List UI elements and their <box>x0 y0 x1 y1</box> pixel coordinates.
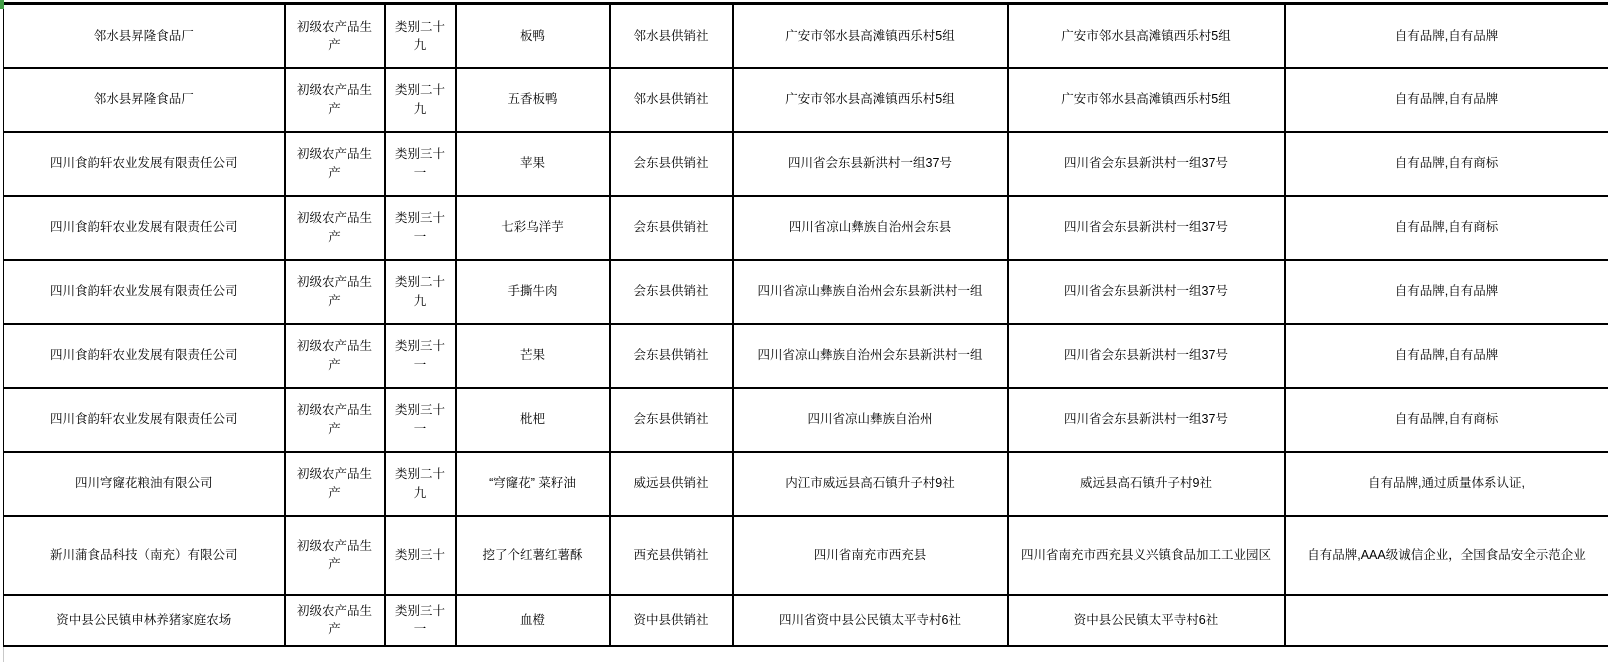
cell-brands[interactable]: 自有品牌,自有商标 <box>1285 196 1608 260</box>
cell-cooperative[interactable]: 会东县供销社 <box>610 324 733 388</box>
cell-address2[interactable]: 威远县高石镇升子村9社 <box>1008 452 1285 516</box>
cell-production-type[interactable]: 初级农产品生产 <box>285 68 385 132</box>
cell-address1[interactable]: 四川省凉山彝族自治州会东县 <box>733 196 1008 260</box>
cell-production-type[interactable]: 初级农产品生产 <box>285 452 385 516</box>
cell-company[interactable]: 邻水县昇隆食品厂 <box>4 4 285 68</box>
table-row: 四川食韵轩农业发展有限责任公司 初级农产品生产 类别三十一 苹果 会东县供销社 … <box>4 132 1608 196</box>
cell-production-type[interactable]: 初级农产品生产 <box>285 388 385 452</box>
cell-production-type[interactable]: 初级农产品生产 <box>285 260 385 324</box>
cell-product[interactable]: 血橙 <box>456 595 610 646</box>
cell-production-type[interactable]: 初级农产品生产 <box>285 516 385 595</box>
cell-cooperative[interactable]: 邻水县供销社 <box>610 68 733 132</box>
cell-product[interactable]: 五香板鸭 <box>456 68 610 132</box>
cell-production-type[interactable]: 初级农产品生产 <box>285 595 385 646</box>
cell-address2[interactable]: 四川省会东县新洪村一组37号 <box>1008 132 1285 196</box>
cell-company[interactable]: 邻水县昇隆食品厂 <box>4 68 285 132</box>
cell-brands[interactable]: 自有品牌,自有商标 <box>1285 388 1608 452</box>
cell-brands[interactable]: 自有品牌,AAA级诚信企业，全国食品安全示范企业 <box>1285 516 1608 595</box>
cell-address2[interactable]: 四川省会东县新洪村一组37号 <box>1008 388 1285 452</box>
table-row: 四川穹窿花粮油有限公司 初级农产品生产 类别二十九 “穹窿花” 菜籽油 威远县供… <box>4 452 1608 516</box>
spreadsheet-viewport: 邻水县昇隆食品厂 初级农产品生产 类别二十九 板鸭 邻水县供销社 广安市邻水县高… <box>0 0 1608 662</box>
table-row: 四川食韵轩农业发展有限责任公司 初级农产品生产 类别三十一 七彩乌洋芋 会东县供… <box>4 196 1608 260</box>
cell-address2[interactable]: 四川省会东县新洪村一组37号 <box>1008 324 1285 388</box>
cell-cooperative[interactable]: 资中县供销社 <box>610 595 733 646</box>
cell-address2[interactable]: 四川省南充市西充县义兴镇食品加工工业园区 <box>1008 516 1285 595</box>
products-table: 邻水县昇隆食品厂 初级农产品生产 类别二十九 板鸭 邻水县供销社 广安市邻水县高… <box>3 2 1608 647</box>
table-row: 邻水县昇隆食品厂 初级农产品生产 类别二十九 五香板鸭 邻水县供销社 广安市邻水… <box>4 68 1608 132</box>
cell-brands[interactable]: 自有品牌,自有商标 <box>1285 132 1608 196</box>
cell-product[interactable]: 芒果 <box>456 324 610 388</box>
cell-company[interactable]: 资中县公民镇申林养猪家庭农场 <box>4 595 285 646</box>
cell-production-type[interactable]: 初级农产品生产 <box>285 132 385 196</box>
cell-address1[interactable]: 四川省凉山彝族自治州会东县新洪村一组 <box>733 260 1008 324</box>
cell-cooperative[interactable]: 邻水县供销社 <box>610 4 733 68</box>
table-row: 四川食韵轩农业发展有限责任公司 初级农产品生产 类别二十九 手撕牛肉 会东县供销… <box>4 260 1608 324</box>
cell-company[interactable]: 四川食韵轩农业发展有限责任公司 <box>4 260 285 324</box>
cell-company[interactable]: 四川食韵轩农业发展有限责任公司 <box>4 388 285 452</box>
cell-product[interactable]: 枇杷 <box>456 388 610 452</box>
cell-cooperative[interactable]: 西充县供销社 <box>610 516 733 595</box>
cell-category[interactable]: 类别三十一 <box>385 196 456 260</box>
cell-category[interactable]: 类别二十九 <box>385 452 456 516</box>
cell-product[interactable]: 挖了个红薯红薯酥 <box>456 516 610 595</box>
cell-category[interactable]: 类别二十九 <box>385 68 456 132</box>
cell-category[interactable]: 类别三十一 <box>385 388 456 452</box>
cell-address1[interactable]: 内江市威远县高石镇升子村9社 <box>733 452 1008 516</box>
cell-address2[interactable]: 四川省会东县新洪村一组37号 <box>1008 196 1285 260</box>
cell-cooperative[interactable]: 威远县供销社 <box>610 452 733 516</box>
table-row: 邻水县昇隆食品厂 初级农产品生产 类别二十九 板鸭 邻水县供销社 广安市邻水县高… <box>4 4 1608 68</box>
selection-corner-artifact <box>0 0 4 9</box>
cell-production-type[interactable]: 初级农产品生产 <box>285 4 385 68</box>
cell-address1[interactable]: 四川省南充市西充县 <box>733 516 1008 595</box>
cell-address2[interactable]: 四川省会东县新洪村一组37号 <box>1008 260 1285 324</box>
cell-category[interactable]: 类别三十 <box>385 516 456 595</box>
table-row: 新川蒲食品科技（南充）有限公司 初级农产品生产 类别三十 挖了个红薯红薯酥 西充… <box>4 516 1608 595</box>
table-body: 邻水县昇隆食品厂 初级农产品生产 类别二十九 板鸭 邻水县供销社 广安市邻水县高… <box>4 4 1608 646</box>
cell-company[interactable]: 新川蒲食品科技（南充）有限公司 <box>4 516 285 595</box>
cell-category[interactable]: 类别三十一 <box>385 595 456 646</box>
cell-address2[interactable]: 广安市邻水县高滩镇西乐村5组 <box>1008 4 1285 68</box>
cell-brands[interactable]: 自有品牌,自有品牌 <box>1285 4 1608 68</box>
cell-address2[interactable]: 资中县公民镇太平寺村6社 <box>1008 595 1285 646</box>
cell-address1[interactable]: 四川省凉山彝族自治州 <box>733 388 1008 452</box>
cell-production-type[interactable]: 初级农产品生产 <box>285 324 385 388</box>
cell-category[interactable]: 类别二十九 <box>385 4 456 68</box>
cell-company[interactable]: 四川食韵轩农业发展有限责任公司 <box>4 132 285 196</box>
cell-brands[interactable]: 自有品牌,自有品牌 <box>1285 260 1608 324</box>
cell-product[interactable]: “穹窿花” 菜籽油 <box>456 452 610 516</box>
table-row: 四川食韵轩农业发展有限责任公司 初级农产品生产 类别三十一 芒果 会东县供销社 … <box>4 324 1608 388</box>
cell-address1[interactable]: 四川省会东县新洪村一组37号 <box>733 132 1008 196</box>
cell-production-type[interactable]: 初级农产品生产 <box>285 196 385 260</box>
cell-company[interactable]: 四川食韵轩农业发展有限责任公司 <box>4 324 285 388</box>
cell-brands[interactable]: 自有品牌,自有品牌 <box>1285 68 1608 132</box>
cell-cooperative[interactable]: 会东县供销社 <box>610 388 733 452</box>
cell-address1[interactable]: 四川省凉山彝族自治州会东县新洪村一组 <box>733 324 1008 388</box>
table-row: 四川食韵轩农业发展有限责任公司 初级农产品生产 类别三十一 枇杷 会东县供销社 … <box>4 388 1608 452</box>
cell-brands[interactable]: 自有品牌,通过质量体系认证, <box>1285 452 1608 516</box>
cell-product[interactable]: 手撕牛肉 <box>456 260 610 324</box>
cell-address1[interactable]: 四川省资中县公民镇太平寺村6社 <box>733 595 1008 646</box>
cell-address1[interactable]: 广安市邻水县高滩镇西乐村5组 <box>733 68 1008 132</box>
cell-cooperative[interactable]: 会东县供销社 <box>610 132 733 196</box>
cell-brands[interactable] <box>1285 595 1608 646</box>
cell-cooperative[interactable]: 会东县供销社 <box>610 196 733 260</box>
cell-product[interactable]: 七彩乌洋芋 <box>456 196 610 260</box>
cell-category[interactable]: 类别三十一 <box>385 132 456 196</box>
cell-category[interactable]: 类别三十一 <box>385 324 456 388</box>
cell-category[interactable]: 类别二十九 <box>385 260 456 324</box>
cell-cooperative[interactable]: 会东县供销社 <box>610 260 733 324</box>
cell-brands[interactable]: 自有品牌,自有品牌 <box>1285 324 1608 388</box>
cell-address1[interactable]: 广安市邻水县高滩镇西乐村5组 <box>733 4 1008 68</box>
cell-company[interactable]: 四川穹窿花粮油有限公司 <box>4 452 285 516</box>
cell-company[interactable]: 四川食韵轩农业发展有限责任公司 <box>4 196 285 260</box>
table-row: 资中县公民镇申林养猪家庭农场 初级农产品生产 类别三十一 血橙 资中县供销社 四… <box>4 595 1608 646</box>
cell-address2[interactable]: 广安市邻水县高滩镇西乐村5组 <box>1008 68 1285 132</box>
cell-product[interactable]: 苹果 <box>456 132 610 196</box>
cell-product[interactable]: 板鸭 <box>456 4 610 68</box>
